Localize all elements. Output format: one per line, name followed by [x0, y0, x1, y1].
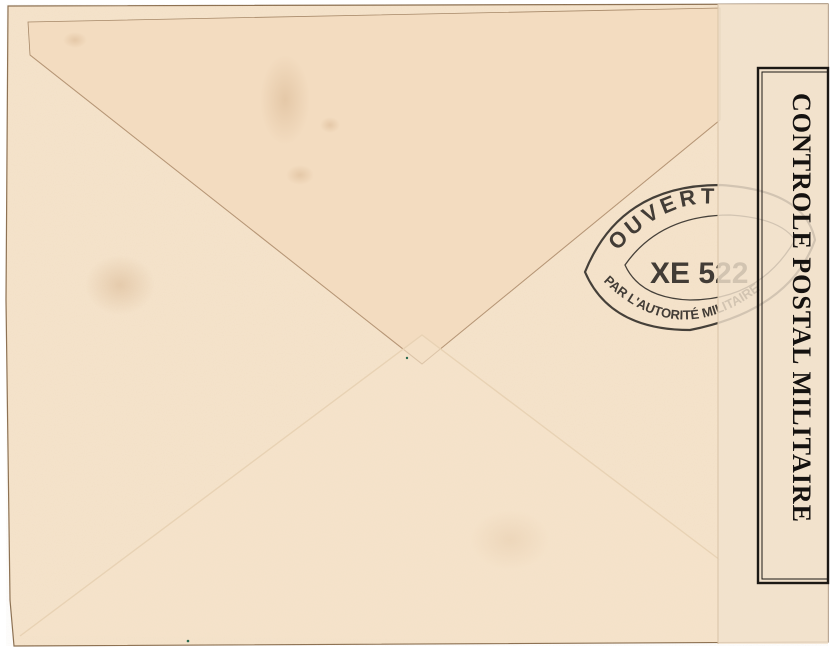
tape-text: CONTROLE POSTAL MILITAIRE: [787, 93, 816, 523]
envelope-back-photo: OUVERT XE 522 PAR L'AUTORITÉ MILITAIRE C…: [0, 0, 833, 650]
censor-tape: CONTROLE POSTAL MILITAIRE: [718, 4, 828, 644]
envelope: [6, 4, 828, 646]
